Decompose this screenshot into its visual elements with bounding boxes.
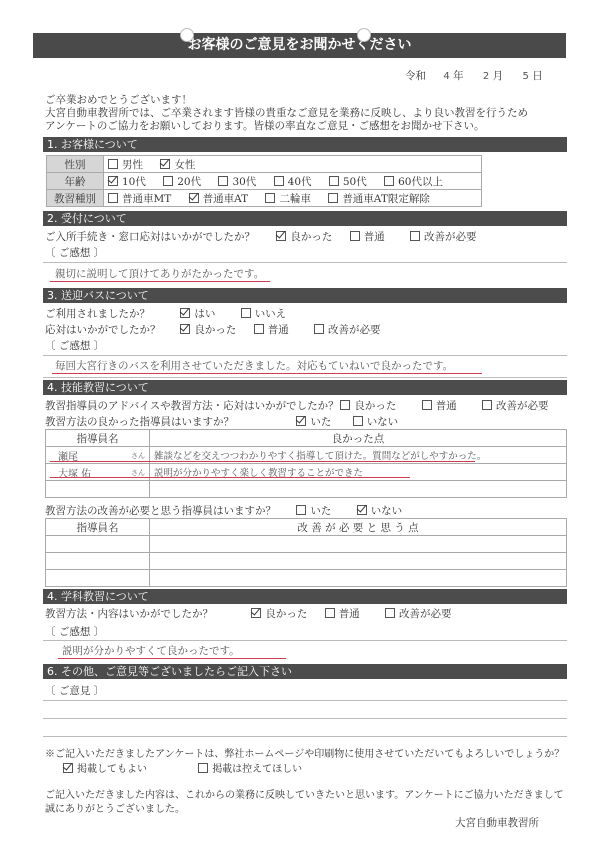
bus-usage-row: ご利用されましたか？ はい いいえ [45, 306, 300, 321]
checkbox-icon[interactable] [350, 231, 360, 241]
improve-point-cell[interactable] [150, 570, 567, 587]
underline [58, 658, 286, 659]
divider [43, 377, 567, 378]
checkbox-female[interactable]: 女性 [160, 157, 195, 172]
underline [50, 281, 270, 282]
table-row [46, 570, 567, 587]
bus-comment[interactable]: 毎回大宮行きのバスを利用させていただきました。対応もていねいで良かったです。 [55, 358, 453, 373]
checkbox-checked-icon[interactable] [160, 159, 170, 169]
comment-label: 〔 ご感想 〕 [45, 245, 104, 260]
good-instructor-row: 教習方法の良かった指導員はいますか？ いた いない [45, 414, 412, 429]
question-text: ご入所手続き・窓口応対はいかがでしたか？ [45, 229, 273, 244]
date-month-unit: 月 [493, 68, 504, 83]
checkbox-icon[interactable] [410, 231, 420, 241]
underline [50, 461, 475, 462]
question-text: 応対はいかがでしたか？ [45, 322, 177, 337]
checkbox-icon[interactable] [482, 400, 492, 410]
intro-text: ご卒業おめでとうございます！ 大宮自動車教習所では、ご卒業されます皆様の貴重なご… [45, 94, 528, 133]
divider [43, 355, 567, 356]
checkbox-age-20s[interactable]: 20代 [163, 174, 201, 189]
checkbox-yes[interactable]: はい [180, 306, 215, 321]
checkbox-icon[interactable] [254, 324, 264, 334]
instructor-name-cell[interactable] [46, 570, 150, 587]
course-type-label: 教習種別 [47, 190, 104, 207]
date-day[interactable]: 5 [522, 71, 528, 82]
checkbox-icon[interactable] [314, 324, 324, 334]
thanks-line: ご記入いただきました内容は、これからの業務に反映していきたいと思います。アンケー… [45, 786, 564, 801]
course-type-row: 教習種別 普通車MT 普通車AT 二輪車 普通車AT限定解除 [47, 190, 482, 207]
checkbox-icon[interactable] [163, 176, 173, 186]
question-text: 教習指導員のアドバイスや教習方法・応対はいかがでしたか？ [45, 398, 337, 413]
checkbox-good[interactable]: 良かった [180, 322, 236, 337]
checkbox-allow-publish[interactable]: 掲載してもよい [63, 760, 147, 775]
improve-instructor-table: 指導員名 改 善 が 必 要 と 思 う 点 [45, 518, 567, 587]
comment-line[interactable] [43, 736, 567, 737]
checkbox-normal[interactable]: 普通 [350, 229, 385, 244]
question-text: ご利用されましたか？ [45, 306, 177, 321]
column-header: 良かった点 [150, 430, 567, 447]
checkbox-icon[interactable] [241, 308, 251, 318]
checkbox-course-at-release[interactable]: 普通車AT限定解除 [328, 191, 430, 206]
checkbox-good[interactable]: 良かった [340, 398, 396, 413]
checkbox-needs-improvement[interactable]: 改善が必要 [482, 398, 549, 413]
checkbox-yes[interactable]: いた [296, 414, 331, 429]
signature: 大宮自動車教習所 [455, 815, 539, 830]
comment-label: 〔 ご感想 〕 [45, 624, 104, 639]
checkbox-normal[interactable]: 普通 [325, 606, 360, 621]
improve-point-cell[interactable] [150, 536, 567, 553]
checkbox-good[interactable]: 良かった [276, 229, 332, 244]
checkbox-icon[interactable] [108, 193, 118, 203]
checkbox-no[interactable]: いいえ [241, 306, 287, 321]
punch-hole [180, 28, 194, 42]
checkbox-checked-icon[interactable] [357, 505, 367, 515]
checkbox-icon[interactable] [198, 763, 208, 773]
checkbox-icon[interactable] [353, 416, 363, 426]
section-header-customer: 1. お客様について [43, 137, 567, 152]
instructor-rating-row: 教習指導員のアドバイスや教習方法・応対はいかがでしたか？ 良かった 普通 改善が… [45, 398, 563, 413]
checkbox-icon[interactable] [325, 608, 335, 618]
instructor-name-cell[interactable] [46, 536, 150, 553]
instructor-name-cell[interactable] [46, 553, 150, 570]
checkbox-age-30s[interactable]: 30代 [218, 174, 256, 189]
checkbox-checked-icon[interactable] [296, 416, 306, 426]
checkbox-checked-icon[interactable] [189, 193, 199, 203]
checkbox-icon[interactable] [328, 193, 338, 203]
checkbox-age-40s[interactable]: 40代 [274, 174, 312, 189]
checkbox-icon[interactable] [296, 505, 306, 515]
column-header: 指導員名 [46, 430, 150, 447]
checkbox-normal[interactable]: 普通 [422, 398, 457, 413]
date: 令和 4 年 2 月 5 日 [405, 68, 543, 83]
section-header-reception: 2. 受付について [43, 211, 567, 226]
checkbox-icon[interactable] [340, 400, 350, 410]
divider [43, 640, 567, 641]
checkbox-needs-improvement[interactable]: 改善が必要 [410, 229, 477, 244]
question-text: 教習方法の改善が必要と思う指導員はいますか？ [45, 503, 293, 518]
publish-question: ※ご記入いただきましたアンケートは、弊社ホームページや印刷物に使用させていただい… [45, 745, 564, 760]
age-label: 年齢 [47, 173, 104, 190]
checkbox-course-motorcycle[interactable]: 二輪車 [265, 191, 311, 206]
intro-line: 大宮自動車教習所では、ご卒業されます皆様の貴重なご意見を業務に反映し、より良い教… [45, 107, 528, 120]
checkbox-icon[interactable] [385, 608, 395, 618]
section-header-classroom-lessons: 4. 学科教習について [43, 589, 567, 604]
form-title: お客様のご意見をお聞かせください [33, 33, 566, 58]
section-header-shuttle-bus: 3. 送迎バスについて [43, 288, 567, 303]
column-header: 改 善 が 必 要 と 思 う 点 [150, 519, 567, 536]
checkbox-icon[interactable] [265, 193, 275, 203]
comment-line[interactable] [43, 718, 567, 719]
table-row [46, 553, 567, 570]
checkbox-icon[interactable] [108, 159, 118, 169]
checkbox-checked-icon[interactable] [180, 324, 190, 334]
checkbox-icon[interactable] [329, 176, 339, 186]
instructor-name-cell[interactable] [46, 481, 150, 498]
thanks-line: 誠にありがとうございました。 [45, 800, 185, 815]
date-month[interactable]: 2 [483, 71, 489, 82]
good-point-cell[interactable] [150, 481, 567, 498]
underline [52, 373, 482, 374]
customer-info-table: 性別 男性 女性 年齢 10代 20代 30代 40代 50代 60代以上 教習… [46, 155, 482, 207]
date-year-unit: 年 [453, 68, 464, 83]
checkbox-normal[interactable]: 普通 [254, 322, 289, 337]
checkbox-male[interactable]: 男性 [108, 157, 143, 172]
checkbox-icon[interactable] [422, 400, 432, 410]
publish-options: 掲載してもよい 掲載は控えてほしい [63, 760, 316, 775]
checkbox-checked-icon[interactable] [108, 176, 118, 186]
checkbox-needs-improvement[interactable]: 改善が必要 [385, 606, 452, 621]
checkbox-age-50s[interactable]: 50代 [329, 174, 367, 189]
table-header: 指導員名 良かった点 [46, 430, 567, 447]
reception-comment[interactable]: 親切に説明して頂けてありがたかったです。 [55, 266, 264, 281]
column-header: 指導員名 [46, 519, 150, 536]
improve-point-cell[interactable] [150, 553, 567, 570]
checkbox-course-mt[interactable]: 普通車MT [108, 191, 171, 206]
table-row [46, 536, 567, 553]
gender-label: 性別 [47, 156, 104, 173]
age-row: 年齢 10代 20代 30代 40代 50代 60代以上 [47, 173, 482, 190]
comment-label: 〔 ご感想 〕 [45, 338, 104, 353]
table-header: 指導員名 改 善 が 必 要 と 思 う 点 [46, 519, 567, 536]
table-row [46, 481, 567, 498]
checkbox-age-10s[interactable]: 10代 [108, 174, 146, 189]
comment-line[interactable] [43, 700, 567, 701]
date-era: 令和 [405, 68, 426, 83]
checkbox-icon[interactable] [274, 176, 284, 186]
checkbox-yes[interactable]: いた [296, 503, 331, 518]
bus-service-row: 応対はいかがでしたか？ 良かった 普通 改善が必要 [45, 322, 395, 337]
intro-line: アンケートのご協力をお願いしております。皆様の率直なご意見・ご感想をお聞かせ下さ… [45, 120, 528, 133]
checkbox-deny-publish[interactable]: 掲載は控えてほしい [198, 760, 302, 775]
checkbox-course-at[interactable]: 普通車AT [189, 191, 249, 206]
checkbox-needs-improvement[interactable]: 改善が必要 [314, 322, 381, 337]
checkbox-icon[interactable] [218, 176, 228, 186]
section-header-other: 6. その他、ご意見等ございましたらご記入下さい [43, 664, 567, 679]
checkbox-checked-icon[interactable] [276, 231, 286, 241]
classroom-comment[interactable]: 説明が分かりやすくて良かったです。 [62, 643, 240, 658]
checkbox-no[interactable]: いない [357, 503, 403, 518]
checkbox-checked-icon[interactable] [251, 608, 261, 618]
underline [50, 477, 410, 478]
checkbox-icon[interactable] [384, 176, 394, 186]
improve-instructor-row: 教習方法の改善が必要と思う指導員はいますか？ いた いない [45, 503, 416, 518]
checkbox-age-60plus[interactable]: 60代以上 [384, 174, 443, 189]
checkbox-checked-icon[interactable] [180, 308, 190, 318]
good-instructor-table: 指導員名 良かった点 瀬尾さん 雑談などを交えつつわかりやすく指導して頂けた。質… [45, 429, 567, 498]
punch-hole [357, 28, 371, 42]
intro-line: ご卒業おめでとうございます！ [45, 94, 528, 107]
section-header-driving-lessons: 4. 技能教習について [43, 380, 567, 395]
checkbox-checked-icon[interactable] [63, 763, 73, 773]
checkbox-good[interactable]: 良かった [251, 606, 307, 621]
date-year[interactable]: 4 [443, 71, 449, 82]
classroom-question-row: 教習方法・内容はいかがでしたか？ 良かった 普通 改善が必要 [45, 606, 466, 621]
divider [43, 262, 567, 263]
question-text: 教習方法の良かった指導員はいますか？ [45, 414, 293, 429]
comment-label: 〔 ご意見 〕 [45, 683, 104, 698]
gender-row: 性別 男性 女性 [47, 156, 482, 173]
reception-question-row: ご入所手続き・窓口応対はいかがでしたか？ 良かった 普通 改善が必要 [45, 229, 491, 244]
date-day-unit: 日 [532, 68, 543, 83]
question-text: 教習方法・内容はいかがでしたか？ [45, 606, 248, 621]
checkbox-no[interactable]: いない [353, 414, 399, 429]
